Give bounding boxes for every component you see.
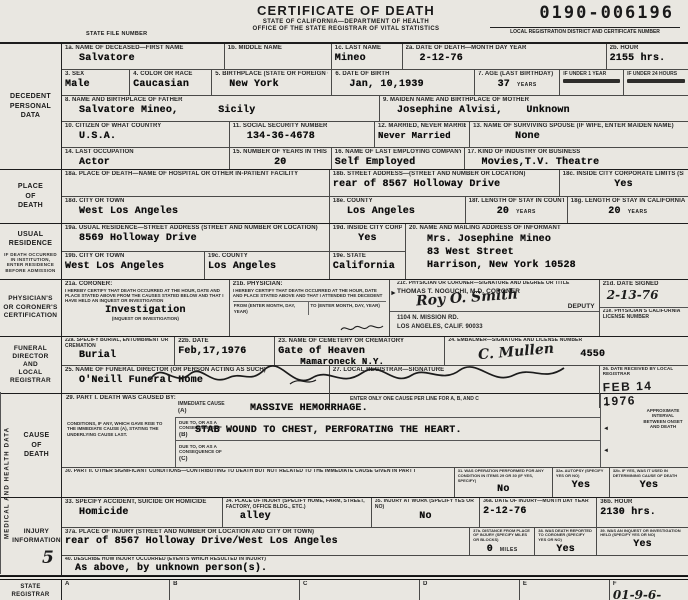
- certificate-title: CERTIFICATE OF DEATH: [178, 3, 514, 18]
- registrar-cell-a: A: [62, 580, 170, 600]
- underlying-cause-value: STAB WOUND TO CHEST, PERFORATING THE HEA…: [195, 425, 462, 436]
- field-suffix: YEARS: [517, 82, 537, 88]
- funeral-rows: 22a. SPECIFY BURIAL, ENTOMBMENT OR CREMA…: [62, 337, 688, 393]
- field-19b-city-or-town: 19b. CITY OR TOWN West Los Angeles: [62, 252, 205, 279]
- field-value-row: 37 YEARS: [478, 78, 556, 90]
- field-21e-license-number: 21e. PHYSICIAN'S CALIFORNIA LICENSE NUMB…: [600, 308, 688, 322]
- field-17-industry: 17. KIND OF INDUSTRY OR BUSINESS Movies,…: [465, 148, 688, 169]
- cell-letter: E: [523, 581, 606, 588]
- field-label: 11. SOCIAL SECURITY NUMBER: [233, 123, 371, 130]
- field-label: 7. AGE (LAST BIRTHDAY): [478, 71, 556, 78]
- field-label: 19a. USUAL RESIDENCE—STREET ADDRESS (STR…: [65, 225, 326, 232]
- field-38-reported-to-coroner: 38. WAS DEATH REPORTED TO CORONER (SPECI…: [535, 528, 597, 555]
- field-value-row: 0 MILES: [473, 543, 531, 555]
- field-label: 19d. INSIDE CITY CORPORATE LIMITS (SPECI…: [333, 225, 402, 232]
- field-18c-inside-city-limits: 18c. INSIDE CITY CORPORATE LIMITS (SPECI…: [560, 170, 688, 196]
- field-13-surviving-spouse: 13. NAME OF SURVIVING SPOUSE (IF WIFE, E…: [470, 122, 688, 147]
- field-suffix: YEARS: [628, 209, 648, 215]
- field-label: 34. PLACE OF INJURY (SPECIFY HOME, FARM,…: [226, 499, 368, 510]
- field-label: 37b. DISTANCE FROM PLACE OF INJURY (SPEC…: [473, 529, 531, 543]
- field-value-row: Josephine Alvisi, Unknown: [383, 104, 685, 116]
- field-2b-hour: 2b. HOUR 2155 hrs.: [607, 44, 688, 69]
- field-35-injury-at-work: 35. INJURY AT WORK (SPECIFY YES OR NO) N…: [372, 498, 480, 527]
- field-19a-residence-street: 19a. USUAL RESIDENCE—STREET ADDRESS (STR…: [62, 224, 330, 251]
- registration-number-label: LOCAL REGISTRATION DISTRICT AND CERTIFIC…: [490, 27, 680, 35]
- field-label: 5. BIRTHPLACE (STATE OR FOREIGN COUNTRY): [215, 71, 328, 78]
- field-label: 6. DATE OF BIRTH: [335, 71, 471, 78]
- rail-state-registrar-label: STATE REGISTRAR: [0, 580, 62, 600]
- row-death-location: 18a. PLACE OF DEATH—NAME OF HOSPITAL OR …: [62, 170, 688, 197]
- field-label: 33. SPECIFY ACCIDENT, SUICIDE OR HOMICID…: [65, 499, 219, 506]
- interval-column: ◄ ◄ ◄ APPROXIMATE INTERVAL BETWEEN ONSET…: [600, 394, 688, 467]
- field-12-marital-status: 12. MARRIED, NEVER MARRIED, WIDOWED, DIV…: [375, 122, 470, 147]
- field-value: Yes: [333, 233, 402, 244]
- field-20-informant: 20. NAME AND MAILING ADDRESS OF INFORMAN…: [405, 224, 688, 279]
- field-33-accident-suicide-homicide: 33. SPECIFY ACCIDENT, SUICIDE OR HOMICID…: [62, 498, 223, 527]
- field-40-how-injury-occurred: 40. DESCRIBE HOW INJURY OCCURRED (EVENTS…: [62, 556, 688, 576]
- field-18d-city-or-town: 18d. CITY OR TOWN West Los Angeles: [62, 197, 330, 223]
- rail-funeral-label: FUNERAL DIRECTOR AND LOCAL REGISTRAR: [0, 337, 62, 393]
- row-parents: 8. NAME AND BIRTHPLACE OF FATHER Salvato…: [62, 96, 688, 122]
- attended-to-label: TO (ENTER MONTH, DAY, YEAR): [309, 302, 386, 315]
- field-21d-date-signed: 21d. DATE SIGNED 2-13-76: [600, 280, 688, 308]
- row-sex-race-birth: 3. SEX Male 4. COLOR OR RACE Caucasian 5…: [62, 70, 688, 96]
- field-16-last-employer: 16. NAME OF LAST EMPLOYING COMPANY OR FI…: [332, 148, 465, 169]
- field-23-cemetery: 23. NAME OF CEMETERY OR CREMATORY Gate o…: [275, 337, 445, 365]
- field-if-under-24-hours: IF UNDER 24 HOURS: [624, 70, 688, 95]
- header-subtitle-1: STATE OF CALIFORNIA—DEPARTMENT OF HEALTH: [178, 19, 514, 25]
- field-value: Homicide: [79, 507, 219, 518]
- field-19d-inside-city-limits: 19d. INSIDE CITY CORPORATE LIMITS (SPECI…: [330, 224, 405, 251]
- field-value: Jan, 10,1939: [349, 79, 471, 90]
- field-18g-stay-in-california: 18g. LENGTH OF STAY IN CALIFORNIA 20 YEA…: [568, 197, 688, 223]
- line-c-tag: (C): [179, 456, 188, 463]
- field-value-2: Mamaroneck N.Y.: [300, 357, 441, 365]
- field-value: Salvatore: [79, 53, 221, 64]
- field-label: 38. WAS DEATH REPORTED TO CORONER (SPECI…: [538, 529, 593, 543]
- field-39-inquest-held: 39. WAS AN INQUEST OR INVESTIGATION HELD…: [597, 528, 688, 555]
- field-label: 39. WAS AN INQUEST OR INVESTIGATION HELD…: [600, 529, 685, 539]
- field-label: 21e. PHYSICIAN'S CALIFORNIA LICENSE NUMB…: [603, 309, 685, 320]
- enter-one-cause-label: ENTER ONLY ONE CAUSE PER LINE FOR A, B, …: [350, 396, 479, 402]
- field-value-row: C. Mullen 4550: [448, 344, 685, 360]
- field-32b-autopsy-used: 32b. IF YES, WAS IT USED IN DETERMINING …: [610, 468, 688, 497]
- field-value-row: Salvatore Mineo, Sicily: [65, 104, 376, 116]
- field-label: 2a. DATE OF DEATH—MONTH DAY YEAR: [406, 45, 603, 52]
- field-37a-injury-location: 37a. PLACE OF INJURY (STREET AND NUMBER …: [62, 528, 470, 555]
- field-label: IF UNDER 1 YEAR: [563, 71, 620, 77]
- state-registrar-rows: A B C D E F 01-9-6: [62, 580, 688, 600]
- field-22b-burial-date: 22b. DATE Feb,17,1976: [175, 337, 275, 365]
- field-19e-state: 19e. STATE California: [330, 252, 405, 279]
- field-value: 20: [233, 157, 328, 168]
- section-place-of-death: PLACE OF DEATH 18a. PLACE OF DEATH—NAME …: [0, 170, 688, 224]
- field-label: 21c. PHYSICIAN OR CORONER—SIGNATURE AND …: [397, 281, 596, 287]
- cell-letter: D: [423, 581, 516, 588]
- field-1a-first-name: 1a. NAME OF DECEASED—FIRST NAME Salvator…: [62, 44, 225, 69]
- field-label: 2b. HOUR: [610, 45, 685, 52]
- row-cause-part1: 29. PART I. DEATH WAS CAUSED BY: ENTER O…: [62, 394, 688, 468]
- field-value: Yes: [613, 480, 685, 491]
- field-label: 16. NAME OF LAST EMPLOYING COMPANY OR FI…: [335, 149, 461, 156]
- field-label: 36b. HOUR: [600, 499, 685, 506]
- field-36a-date-of-injury: 36a. DATE OF INJURY—MONTH DAY YEAR 2-12-…: [480, 498, 597, 527]
- cell-letter: B: [173, 581, 296, 588]
- row-injury-type: 33. SPECIFY ACCIDENT, SUICIDE OR HOMICID…: [62, 498, 688, 528]
- pointer-left-icon: ◄: [603, 426, 609, 432]
- cell-letter: A: [65, 581, 166, 588]
- field-label: 15. NUMBER OF YEARS IN THIS OCCUPATION: [233, 149, 328, 156]
- field-value: alley: [240, 511, 368, 522]
- residence-rows: 19a. USUAL RESIDENCE—STREET ADDRESS (STR…: [62, 224, 688, 279]
- field-label: 19c. COUNTY: [208, 253, 326, 260]
- field-7-age: 7. AGE (LAST BIRTHDAY) 37 YEARS: [475, 70, 560, 95]
- field-value: West Los Angeles: [79, 206, 326, 217]
- field-label: 13. NAME OF SURVIVING SPOUSE (IF WIFE, E…: [473, 123, 685, 130]
- row-name-death: 1a. NAME OF DECEASED—FIRST NAME Salvator…: [62, 44, 688, 70]
- signature-area: 21c. PHYSICIAN OR CORONER—SIGNATURE AND …: [390, 280, 599, 312]
- section-usual-residence: USUAL RESIDENCE IF DEATH OCCURRED IN INS…: [0, 224, 688, 280]
- field-10-citizen-of: 10. CITIZEN OF WHAT COUNTRY U.S.A.: [62, 122, 230, 147]
- decedent-rows: 1a. NAME OF DECEASED—FIRST NAME Salvator…: [62, 44, 688, 169]
- field-value: Feb,17,1976: [178, 346, 271, 357]
- row-state-registrar-cells: A B C D E F 01-9-6: [62, 580, 688, 600]
- field-15-years-in-occupation: 15. NUMBER OF YEARS IN THIS OCCUPATION 2…: [230, 148, 332, 169]
- conditions-divider: [175, 417, 176, 467]
- field-label: 19b. CITY OR TOWN: [65, 253, 201, 260]
- field-19c-county: 19c. COUNTY Los Angeles: [205, 252, 330, 279]
- field-label: 27. LOCAL REGISTRAR—SIGNATURE: [333, 367, 596, 374]
- registrar-cell-d: D: [420, 580, 520, 600]
- field-6-date-of-birth: 6. DATE OF BIRTH Jan, 10,1939: [332, 70, 475, 95]
- field-label: IF UNDER 24 HOURS: [627, 71, 685, 77]
- field-label: 36a. DATE OF INJURY—MONTH DAY YEAR: [483, 499, 593, 505]
- field-label: 23. NAME OF CEMETERY OR CREMATORY: [278, 338, 441, 345]
- field-value: rear of 8567 Holloway Drive: [333, 179, 556, 190]
- handwritten-scribble: [339, 322, 385, 334]
- state-file-number-label: STATE FILE NUMBER: [86, 31, 147, 37]
- row-occupation: 14. LAST OCCUPATION Actor 15. NUMBER OF …: [62, 148, 688, 169]
- field-18b-street-address: 18b. STREET ADDRESS—(STREET AND NUMBER O…: [330, 170, 560, 196]
- rail-residence-note: IF DEATH OCCURRED IN INSTITUTION, ENTER …: [2, 252, 59, 274]
- field-value: Yes: [556, 480, 606, 491]
- field-21c-signature-block: ► 21c. PHYSICIAN OR CORONER—SIGNATURE AN…: [390, 280, 600, 336]
- rail-residence: USUAL RESIDENCE IF DEATH OCCURRED IN INS…: [0, 224, 62, 279]
- field-value: 2-12-76: [483, 506, 593, 517]
- field-suffix: YEARS: [516, 209, 536, 215]
- field-label: 26. DATE RECEIVED BY LOCAL REGISTRAR: [603, 367, 685, 377]
- field-value: Yes: [538, 544, 593, 555]
- rail-residence-label: USUAL RESIDENCE: [9, 230, 53, 249]
- rail-place-label: PLACE OF DEATH: [0, 170, 62, 223]
- physician-certify-text: I HEREBY CERTIFY THAT DEATH OCCURRED AT …: [233, 288, 386, 299]
- section-state-registrar: STATE REGISTRAR A B C D E: [0, 576, 688, 600]
- rail-decedent-label: DECEDENT PERSONAL DATA: [0, 44, 62, 169]
- field-8-father: 8. NAME AND BIRTHPLACE OF FATHER Salvato…: [62, 96, 380, 121]
- field-37b-distance: 37b. DISTANCE FROM PLACE OF INJURY (SPEC…: [470, 528, 535, 555]
- field-30-other-conditions: 30. PART II. OTHER SIGNIFICANT CONDITION…: [62, 468, 455, 497]
- field-label: 18g. LENGTH OF STAY IN CALIFORNIA: [571, 198, 685, 205]
- registrar-cell-c: C: [300, 580, 420, 600]
- field-36b-hour-of-injury: 36b. HOUR 2130 hrs.: [597, 498, 688, 527]
- field-value: 8569 Holloway Drive: [79, 233, 326, 244]
- field-if-under-1-year: IF UNDER 1 YEAR: [560, 70, 624, 95]
- field-value: Never Married: [378, 131, 466, 141]
- field-24-embalmer: 24. EMBALMER—SIGNATURE AND LICENSE NUMBE…: [445, 337, 688, 365]
- field-label: 14. LAST OCCUPATION: [65, 149, 226, 156]
- pointer-left-icon: ◄: [603, 402, 609, 408]
- coroner-certify-text: I HEREBY CERTIFY THAT DEATH OCCURRED AT …: [65, 288, 226, 304]
- field-label: 9. MAIDEN NAME AND BIRTHPLACE OF MOTHER: [383, 97, 685, 104]
- attended-from-to: FROM (ENTER MONTH, DAY, YEAR) TO (ENTER …: [233, 301, 386, 315]
- field-3-sex: 3. SEX Male: [62, 70, 130, 95]
- field-value: 2130 hrs.: [600, 507, 685, 518]
- field-label: 18f. LENGTH OF STAY IN COUNTY OF DEATH: [469, 198, 564, 205]
- field-label: 19e. STATE: [333, 253, 402, 260]
- deputy-label: DEPUTY: [568, 303, 595, 310]
- field-value: U.S.A.: [79, 131, 226, 142]
- field-4-color-or-race: 4. COLOR OR RACE Caucasian: [130, 70, 212, 95]
- embalmer-license-number: 4550: [580, 349, 605, 360]
- field-value: 2155 hrs.: [610, 53, 685, 64]
- field-label: 18a. PLACE OF DEATH—NAME OF HOSPITAL OR …: [65, 171, 326, 178]
- field-value: California: [333, 261, 402, 272]
- field-value: New York: [229, 79, 328, 90]
- field-label: 30. PART II. OTHER SIGNIFICANT CONDITION…: [65, 469, 451, 475]
- field-label: 20. NAME AND MAILING ADDRESS OF INFORMAN…: [409, 225, 685, 232]
- residence-left: 19a. USUAL RESIDENCE—STREET ADDRESS (STR…: [62, 224, 405, 279]
- field-21d-21e-stack: 21d. DATE SIGNED 2-13-76 21e. PHYSICIAN'…: [600, 280, 688, 336]
- place-rows: 18a. PLACE OF DEATH—NAME OF HOSPITAL OR …: [62, 170, 688, 223]
- field-value: As above, by unknown person(s).: [75, 563, 685, 574]
- field-34-place-of-injury: 34. PLACE OF INJURY (SPECIFY HOME, FARM,…: [223, 498, 372, 527]
- field-value: Mineo: [335, 53, 399, 64]
- field-value-row: 20 YEARS: [469, 205, 564, 217]
- field-value: Male: [65, 79, 126, 90]
- field-label: 1b. MIDDLE NAME: [228, 45, 328, 52]
- immediate-cause-label: IMMEDIATE CAUSE: [178, 401, 225, 407]
- field-value: No: [458, 484, 549, 495]
- field-14-last-occupation: 14. LAST OCCUPATION Actor: [62, 148, 230, 169]
- certification-rows: 21a. CORONER: I HEREBY CERTIFY THAT DEAT…: [62, 280, 688, 336]
- registrar-cell-b: B: [170, 580, 300, 600]
- field-sub-label: (INQUEST OR INVESTIGATION): [65, 316, 226, 321]
- field-value-row: 20 YEARS: [571, 205, 685, 217]
- field-label: 4. COLOR OR RACE: [133, 71, 208, 78]
- registrar-handwritten-code: 01-9-6-: [613, 588, 685, 600]
- field-value: Burial: [79, 350, 171, 361]
- rail-certification-label: PHYSICIAN'S OR CORONER'S CERTIFICATION: [0, 280, 62, 336]
- field-value: West Los Angeles: [65, 261, 201, 272]
- row-residence-city: 19b. CITY OR TOWN West Los Angeles 19c. …: [62, 252, 405, 279]
- field-label: 18c. INSIDE CITY CORPORATE LIMITS (SPECI…: [563, 171, 685, 178]
- field-label: 32a. AUTOPSY (SPECIFY YES OR NO): [556, 469, 606, 479]
- row-citizenship: 10. CITIZEN OF WHAT COUNTRY U.S.A. 11. S…: [62, 122, 688, 148]
- field-9-mother: 9. MAIDEN NAME AND BIRTHPLACE OF MOTHER …: [380, 96, 688, 121]
- field-label: 22a. SPECIFY BURIAL, ENTOMBMENT OR CREMA…: [65, 338, 171, 349]
- field-value: 134-36-4678: [247, 131, 371, 142]
- line-b-tag: (B): [179, 432, 188, 439]
- field-11-ssn: 11. SOCIAL SECURITY NUMBER 134-36-4678: [230, 122, 375, 147]
- field-value: Mrs. Josephine Mineo 83 West Street Harr…: [427, 233, 685, 272]
- cell-letter: F: [613, 581, 685, 588]
- field-value: Los Angeles: [347, 206, 462, 217]
- section-certification: PHYSICIAN'S OR CORONER'S CERTIFICATION 2…: [0, 280, 688, 337]
- field-label: 40. DESCRIBE HOW INJURY OCCURRED (EVENTS…: [65, 557, 685, 563]
- header-subtitle-2: OFFICE OF THE STATE REGISTRAR OF VITAL S…: [178, 26, 514, 32]
- field-label: 37a. PLACE OF INJURY (STREET AND NUMBER …: [65, 529, 466, 536]
- due-to-label-c: DUE TO, OR AS A CONSEQUENCE OF: [179, 444, 237, 455]
- interval-label: APPROXIMATE INTERVAL BETWEEN ONSET AND D…: [641, 408, 685, 430]
- field-18e-county: 18e. COUNTY Los Angeles: [330, 197, 466, 223]
- field-value: 20: [497, 206, 509, 217]
- row-residence-street: 19a. USUAL RESIDENCE—STREET ADDRESS (STR…: [62, 224, 405, 252]
- field-18f-stay-in-county: 18f. LENGTH OF STAY IN COUNTY OF DEATH 2…: [466, 197, 568, 223]
- row-burial: 22a. SPECIFY BURIAL, ENTOMBMENT OR CREMA…: [62, 337, 688, 366]
- death-certificate-scan: CERTIFICATE OF DEATH STATE OF CALIFORNIA…: [0, 0, 688, 600]
- field-value: Actor: [79, 157, 226, 168]
- field-label: 31. WAS OPERATION PERFORMED FOR ANY COND…: [458, 469, 549, 483]
- field-value: 37: [498, 79, 510, 90]
- section-cause-of-death: CAUSE OF DEATH 29. PART I. DEATH WAS CAU…: [0, 394, 688, 498]
- field-value: Movies,T.V. Theatre: [482, 157, 685, 168]
- field-label: 18b. STREET ADDRESS—(STREET AND NUMBER O…: [333, 171, 556, 178]
- field-value: 2-12-76: [420, 53, 603, 64]
- cell-letter: C: [303, 581, 416, 588]
- row-death-city-county: 18d. CITY OR TOWN West Los Angeles 18e. …: [62, 197, 688, 223]
- part1-label: 29. PART I. DEATH WAS CAUSED BY:: [66, 395, 176, 402]
- field-22a-burial-type: 22a. SPECIFY BURIAL, ENTOMBMENT OR CREMA…: [62, 337, 175, 365]
- cause-rows: 29. PART I. DEATH WAS CAUSED BY: ENTER O…: [62, 394, 688, 497]
- field-label: 10. CITIZEN OF WHAT COUNTRY: [65, 123, 226, 130]
- field-value-2: Sicily: [218, 105, 255, 116]
- injury-rows: 33. SPECIFY ACCIDENT, SUICIDE OR HOMICID…: [62, 498, 688, 575]
- field-label: 1a. NAME OF DECEASED—FIRST NAME: [65, 45, 221, 52]
- field-value: rear of 8567 Holloway Drive/West Los Ang…: [65, 536, 466, 547]
- field-suffix: MILES: [500, 547, 518, 553]
- row-how-injury-occurred: 40. DESCRIBE HOW INJURY OCCURRED (EVENTS…: [62, 556, 688, 576]
- field-value: Josephine Alvisi,: [397, 105, 502, 116]
- registrar-cell-f: F 01-9-6-: [610, 580, 688, 600]
- field-label: 35. INJURY AT WORK (SPECIFY YES OR NO): [375, 499, 476, 510]
- embalmer-signature: C. Mullen: [478, 340, 555, 363]
- pointer-left-icon: ◄: [603, 448, 609, 454]
- cause-line-a-rule: [175, 417, 600, 418]
- scan-smudge: [563, 79, 620, 83]
- field-value: Caucasian: [133, 79, 208, 90]
- field-18a-hospital: 18a. PLACE OF DEATH—NAME OF HOSPITAL OR …: [62, 170, 330, 196]
- field-value: None: [515, 131, 685, 142]
- line-a-tag: (A): [178, 408, 187, 415]
- field-value: Self Employed: [335, 157, 461, 168]
- field-value: Salvatore Mineo,: [79, 105, 178, 116]
- conditions-note: CONDITIONS, IF ANY, WHICH GAVE RISE TO T…: [67, 421, 169, 437]
- field-value: No: [375, 511, 476, 522]
- row-certification: 21a. CORONER: I HEREBY CERTIFY THAT DEAT…: [62, 280, 688, 336]
- section-injury-information: INJURY INFORMATION 33. SPECIFY ACCIDENT,…: [0, 498, 688, 576]
- certificate-header: CERTIFICATE OF DEATH STATE OF CALIFORNIA…: [178, 3, 514, 32]
- field-label: 21b. PHYSICIAN:: [233, 281, 386, 288]
- row-cause-part2: 30. PART II. OTHER SIGNIFICANT CONDITION…: [62, 468, 688, 497]
- field-label: 12. MARRIED, NEVER MARRIED, WIDOWED, DIV…: [378, 123, 466, 130]
- field-value: O'Neill Funeral Home: [79, 375, 326, 386]
- field-label: 22b. DATE: [178, 338, 271, 345]
- field-value-2: Unknown: [526, 105, 569, 116]
- field-label: 18d. CITY OR TOWN: [65, 198, 326, 205]
- field-label: 32b. IF YES, WAS IT USED IN DETERMINING …: [613, 469, 685, 479]
- field-value: 2-13-76: [607, 288, 685, 302]
- attended-from-label: FROM (ENTER MONTH, DAY, YEAR): [233, 302, 310, 315]
- registration-number: 0190-006196: [539, 3, 674, 23]
- scan-smudge: [627, 79, 685, 83]
- field-value: Yes: [563, 179, 685, 190]
- field-label: 21a. CORONER:: [65, 281, 226, 288]
- certificate-form: DECEDENT PERSONAL DATA 1a. NAME OF DECEA…: [0, 42, 688, 600]
- field-value: Yes: [600, 539, 685, 550]
- field-21b-physician-certification: 21b. PHYSICIAN: I HEREBY CERTIFY THAT DE…: [230, 280, 390, 336]
- field-value: 0: [487, 544, 493, 555]
- rail-medical-vertical-label: MEDICAL AND HEALTH DATA: [0, 392, 14, 574]
- field-31-operation: 31. WAS OPERATION PERFORMED FOR ANY COND…: [455, 468, 553, 497]
- immediate-cause-value: MASSIVE HEMORRHAGE.: [250, 403, 368, 414]
- field-value: Los Angeles: [208, 261, 326, 272]
- field-21a-coroner-certification: 21a. CORONER: I HEREBY CERTIFY THAT DEAT…: [62, 280, 230, 336]
- section-funeral-registrar: FUNERAL DIRECTOR AND LOCAL REGISTRAR 22a…: [0, 337, 688, 394]
- field-label: 8. NAME AND BIRTHPLACE OF FATHER: [65, 97, 376, 104]
- registrar-cell-e: E: [520, 580, 610, 600]
- field-value: Investigation: [65, 305, 226, 316]
- field-label: 17. KIND OF INDUSTRY OR BUSINESS: [468, 149, 685, 156]
- field-label: 3. SEX: [65, 71, 126, 78]
- field-value: Gate of Heaven: [278, 346, 441, 357]
- field-label: 1c. LAST NAME: [335, 45, 399, 52]
- field-1c-last-name: 1c. LAST NAME Mineo: [332, 44, 403, 69]
- coroner-address: 1104 N. MISSION RD. LOS ANGELES, CALIF. …: [390, 312, 599, 330]
- section-decedent: DECEDENT PERSONAL DATA 1a. NAME OF DECEA…: [0, 44, 688, 170]
- row-injury-location: 37a. PLACE OF INJURY (STREET AND NUMBER …: [62, 528, 688, 556]
- field-1b-middle-name: 1b. MIDDLE NAME: [225, 44, 332, 69]
- field-value: 20: [608, 206, 620, 217]
- cause-line-b-rule: [175, 440, 600, 441]
- field-5-birthplace: 5. BIRTHPLACE (STATE OR FOREIGN COUNTRY)…: [212, 70, 332, 95]
- field-label: 25. NAME OF FUNERAL DIRECTOR (OR PERSON …: [65, 367, 326, 374]
- margin-handwritten-note: 5: [42, 548, 54, 568]
- field-label: 18e. COUNTY: [333, 198, 462, 205]
- field-2a-date-of-death: 2a. DATE OF DEATH—MONTH DAY YEAR 2-12-76: [403, 44, 607, 69]
- field-label: 21d. DATE SIGNED: [603, 281, 685, 288]
- field-32a-autopsy: 32a. AUTOPSY (SPECIFY YES OR NO) Yes: [553, 468, 610, 497]
